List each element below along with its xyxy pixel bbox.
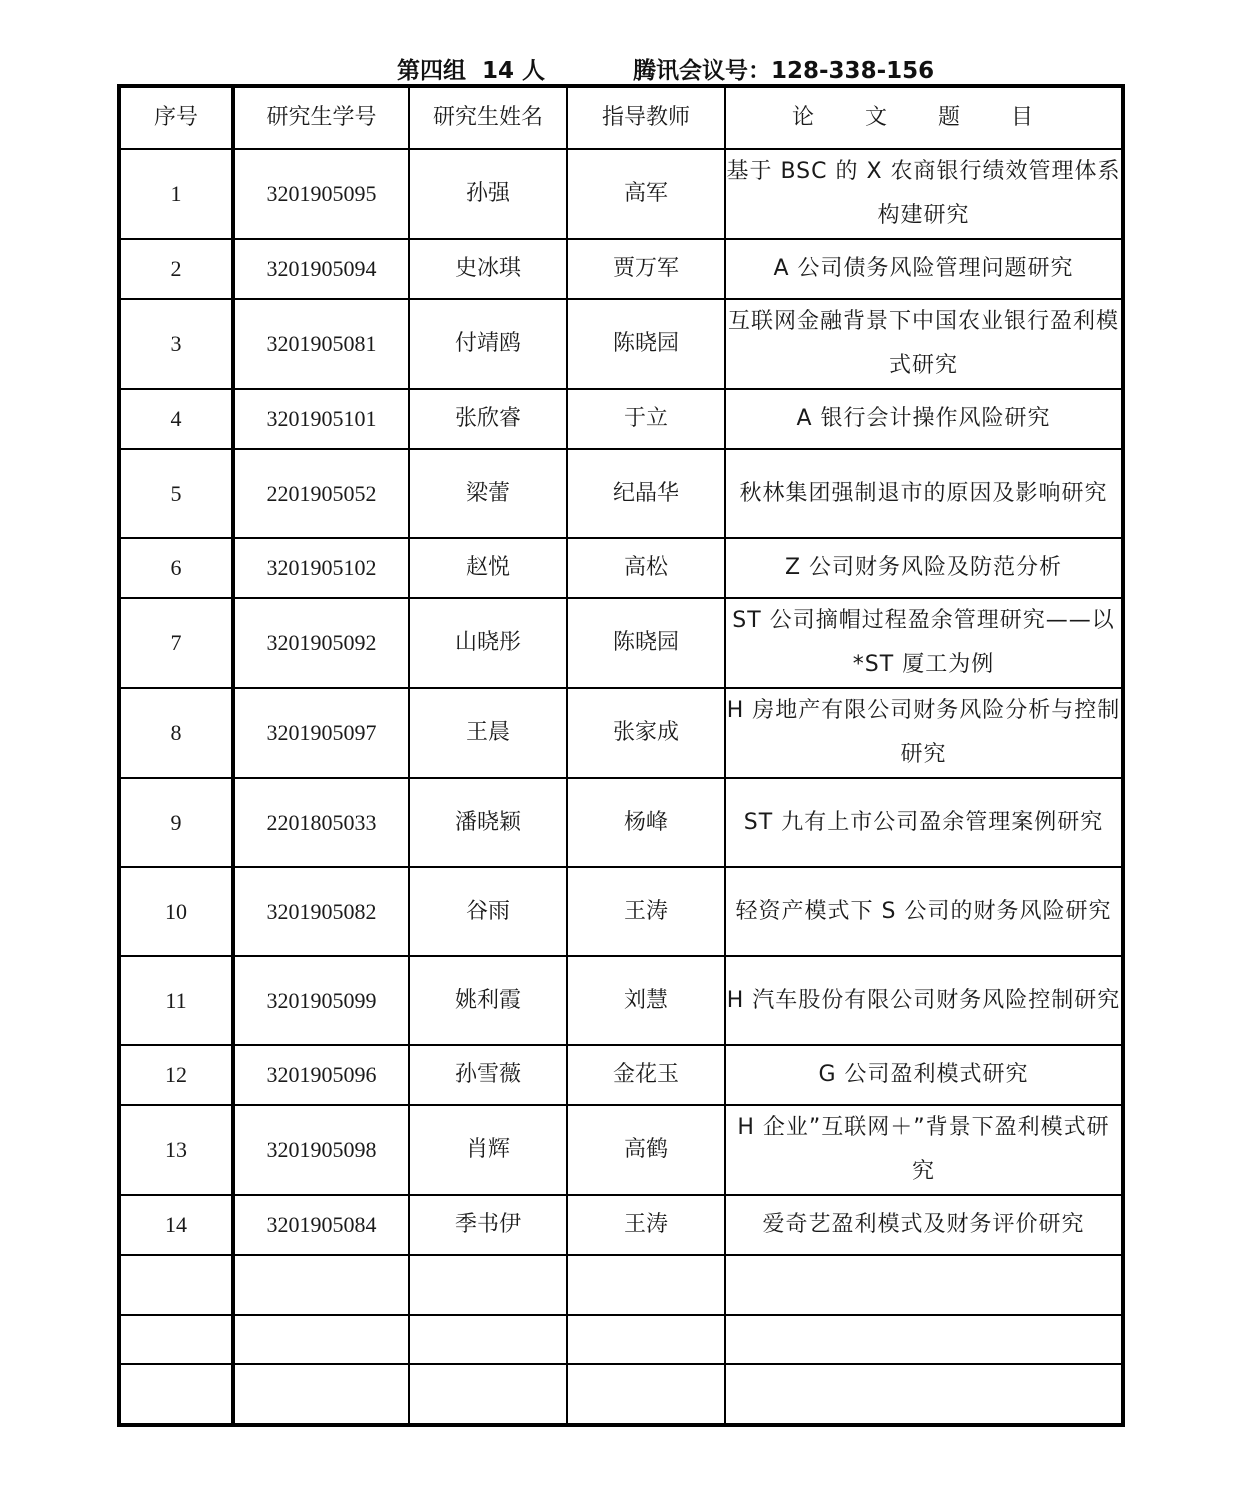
table-row: 9 2201805033 潘晓颖 杨峰 ST 九有上市公司盈余管理案例研究 xyxy=(119,778,1123,867)
table-row: 1 3201905095 孙强 高军 基于 BSC 的 X 农商银行绩效管理体系… xyxy=(119,149,1123,239)
cell-student-name: 潘晓颖 xyxy=(409,778,567,867)
table-row-blank xyxy=(119,1255,1123,1315)
cell-empty xyxy=(409,1315,567,1364)
cell-empty xyxy=(409,1364,567,1425)
cell-seq: 14 xyxy=(119,1195,233,1255)
cell-advisor: 张家成 xyxy=(567,688,725,778)
table-row: 2 3201905094 史冰琪 贾万军 A 公司债务风险管理问题研究 xyxy=(119,239,1123,299)
cell-seq: 11 xyxy=(119,956,233,1045)
cell-student-name: 王晨 xyxy=(409,688,567,778)
cell-student-id: 3201905084 xyxy=(233,1195,409,1255)
cell-student-id: 3201905081 xyxy=(233,299,409,389)
cell-student-name: 姚利霞 xyxy=(409,956,567,1045)
cell-advisor: 陈晓园 xyxy=(567,299,725,389)
cell-advisor: 贾万军 xyxy=(567,239,725,299)
cell-empty xyxy=(119,1315,233,1364)
column-header-thesis-title: 论 文 题 目 xyxy=(725,86,1123,149)
cell-seq: 13 xyxy=(119,1105,233,1195)
cell-thesis-title: 基于 BSC 的 X 农商银行绩效管理体系构建研究 xyxy=(725,149,1123,239)
table-row: 7 3201905092 山晓彤 陈晓园 ST 公司摘帽过程盈余管理研究——以*… xyxy=(119,598,1123,688)
cell-thesis-title: G 公司盈利模式研究 xyxy=(725,1045,1123,1105)
cell-seq: 5 xyxy=(119,449,233,538)
cell-advisor: 王涛 xyxy=(567,1195,725,1255)
meeting-id-label: 腾讯会议号：128-338-156 xyxy=(633,52,934,85)
cell-advisor: 高鹤 xyxy=(567,1105,725,1195)
cell-empty xyxy=(233,1364,409,1425)
table-row: 10 3201905082 谷雨 王涛 轻资产模式下 S 公司的财务风险研究 xyxy=(119,867,1123,956)
cell-student-name: 孙雪薇 xyxy=(409,1045,567,1105)
table-row: 14 3201905084 季书伊 王涛 爱奇艺盈利模式及财务评价研究 xyxy=(119,1195,1123,1255)
cell-seq: 2 xyxy=(119,239,233,299)
cell-empty xyxy=(233,1255,409,1315)
cell-seq: 6 xyxy=(119,538,233,598)
cell-thesis-title: H 房地产有限公司财务风险分析与控制研究 xyxy=(725,688,1123,778)
cell-empty xyxy=(119,1364,233,1425)
cell-thesis-title: H 企业”互联网＋”背景下盈利模式研究 xyxy=(725,1105,1123,1195)
cell-student-id: 3201905097 xyxy=(233,688,409,778)
table-row-blank xyxy=(119,1364,1123,1425)
cell-empty xyxy=(567,1364,725,1425)
page-header: 第四组 14 人 腾讯会议号：128-338-156 xyxy=(0,50,1239,84)
cell-empty xyxy=(119,1255,233,1315)
table-row: 11 3201905099 姚利霞 刘慧 H 汽车股份有限公司财务风险控制研究 xyxy=(119,956,1123,1045)
cell-thesis-title: 秋林集团强制退市的原因及影响研究 xyxy=(725,449,1123,538)
cell-empty xyxy=(409,1255,567,1315)
cell-thesis-title: A 公司债务风险管理问题研究 xyxy=(725,239,1123,299)
cell-seq: 9 xyxy=(119,778,233,867)
cell-student-id: 3201905098 xyxy=(233,1105,409,1195)
table-row-blank xyxy=(119,1315,1123,1364)
cell-student-name: 谷雨 xyxy=(409,867,567,956)
cell-thesis-title: ST 九有上市公司盈余管理案例研究 xyxy=(725,778,1123,867)
cell-student-id: 3201905095 xyxy=(233,149,409,239)
cell-thesis-title: H 汽车股份有限公司财务风险控制研究 xyxy=(725,956,1123,1045)
table-row: 4 3201905101 张欣睿 于立 A 银行会计操作风险研究 xyxy=(119,389,1123,449)
cell-advisor: 陈晓园 xyxy=(567,598,725,688)
cell-student-id: 3201905101 xyxy=(233,389,409,449)
cell-seq: 12 xyxy=(119,1045,233,1105)
table-row: 12 3201905096 孙雪薇 金花玉 G 公司盈利模式研究 xyxy=(119,1045,1123,1105)
cell-student-name: 梁蕾 xyxy=(409,449,567,538)
table-header-row: 序号 研究生学号 研究生姓名 指导教师 论 文 题 目 xyxy=(119,86,1123,149)
column-header-seq: 序号 xyxy=(119,86,233,149)
cell-advisor: 王涛 xyxy=(567,867,725,956)
table-row: 8 3201905097 王晨 张家成 H 房地产有限公司财务风险分析与控制研究 xyxy=(119,688,1123,778)
column-header-student-name: 研究生姓名 xyxy=(409,86,567,149)
cell-student-name: 肖辉 xyxy=(409,1105,567,1195)
cell-seq: 7 xyxy=(119,598,233,688)
cell-thesis-title: 轻资产模式下 S 公司的财务风险研究 xyxy=(725,867,1123,956)
cell-advisor: 高松 xyxy=(567,538,725,598)
cell-student-id: 2201905052 xyxy=(233,449,409,538)
cell-student-id: 3201905099 xyxy=(233,956,409,1045)
cell-empty xyxy=(725,1255,1123,1315)
cell-student-id: 3201905082 xyxy=(233,867,409,956)
cell-empty xyxy=(567,1255,725,1315)
cell-empty xyxy=(725,1364,1123,1425)
cell-advisor: 高军 xyxy=(567,149,725,239)
cell-student-name: 孙强 xyxy=(409,149,567,239)
cell-thesis-title: A 银行会计操作风险研究 xyxy=(725,389,1123,449)
cell-student-name: 季书伊 xyxy=(409,1195,567,1255)
cell-seq: 3 xyxy=(119,299,233,389)
column-header-advisor: 指导教师 xyxy=(567,86,725,149)
cell-seq: 1 xyxy=(119,149,233,239)
cell-thesis-title: ST 公司摘帽过程盈余管理研究——以*ST 厦工为例 xyxy=(725,598,1123,688)
cell-advisor: 金花玉 xyxy=(567,1045,725,1105)
cell-student-name: 赵悦 xyxy=(409,538,567,598)
cell-student-id: 3201905092 xyxy=(233,598,409,688)
cell-advisor: 刘慧 xyxy=(567,956,725,1045)
cell-student-name: 张欣睿 xyxy=(409,389,567,449)
cell-student-id: 2201805033 xyxy=(233,778,409,867)
cell-empty xyxy=(567,1315,725,1364)
cell-seq: 8 xyxy=(119,688,233,778)
cell-student-name: 山晓彤 xyxy=(409,598,567,688)
cell-student-id: 3201905096 xyxy=(233,1045,409,1105)
cell-thesis-title: 爱奇艺盈利模式及财务评价研究 xyxy=(725,1195,1123,1255)
cell-student-id: 3201905102 xyxy=(233,538,409,598)
cell-thesis-title: 互联网金融背景下中国农业银行盈利模式研究 xyxy=(725,299,1123,389)
cell-thesis-title: Z 公司财务风险及防范分析 xyxy=(725,538,1123,598)
table-row: 5 2201905052 梁蕾 纪晶华 秋林集团强制退市的原因及影响研究 xyxy=(119,449,1123,538)
table-row: 13 3201905098 肖辉 高鹤 H 企业”互联网＋”背景下盈利模式研究 xyxy=(119,1105,1123,1195)
cell-advisor: 于立 xyxy=(567,389,725,449)
group-label: 第四组 14 人 xyxy=(397,52,545,85)
cell-student-id: 3201905094 xyxy=(233,239,409,299)
cell-empty xyxy=(233,1315,409,1364)
cell-empty xyxy=(725,1315,1123,1364)
cell-seq: 10 xyxy=(119,867,233,956)
cell-student-name: 史冰琪 xyxy=(409,239,567,299)
column-header-student-id: 研究生学号 xyxy=(233,86,409,149)
cell-seq: 4 xyxy=(119,389,233,449)
cell-student-name: 付靖鸥 xyxy=(409,299,567,389)
cell-advisor: 纪晶华 xyxy=(567,449,725,538)
table-row: 6 3201905102 赵悦 高松 Z 公司财务风险及防范分析 xyxy=(119,538,1123,598)
student-thesis-table: 序号 研究生学号 研究生姓名 指导教师 论 文 题 目 1 3201905095… xyxy=(117,84,1125,1427)
table-row: 3 3201905081 付靖鸥 陈晓园 互联网金融背景下中国农业银行盈利模式研… xyxy=(119,299,1123,389)
cell-advisor: 杨峰 xyxy=(567,778,725,867)
